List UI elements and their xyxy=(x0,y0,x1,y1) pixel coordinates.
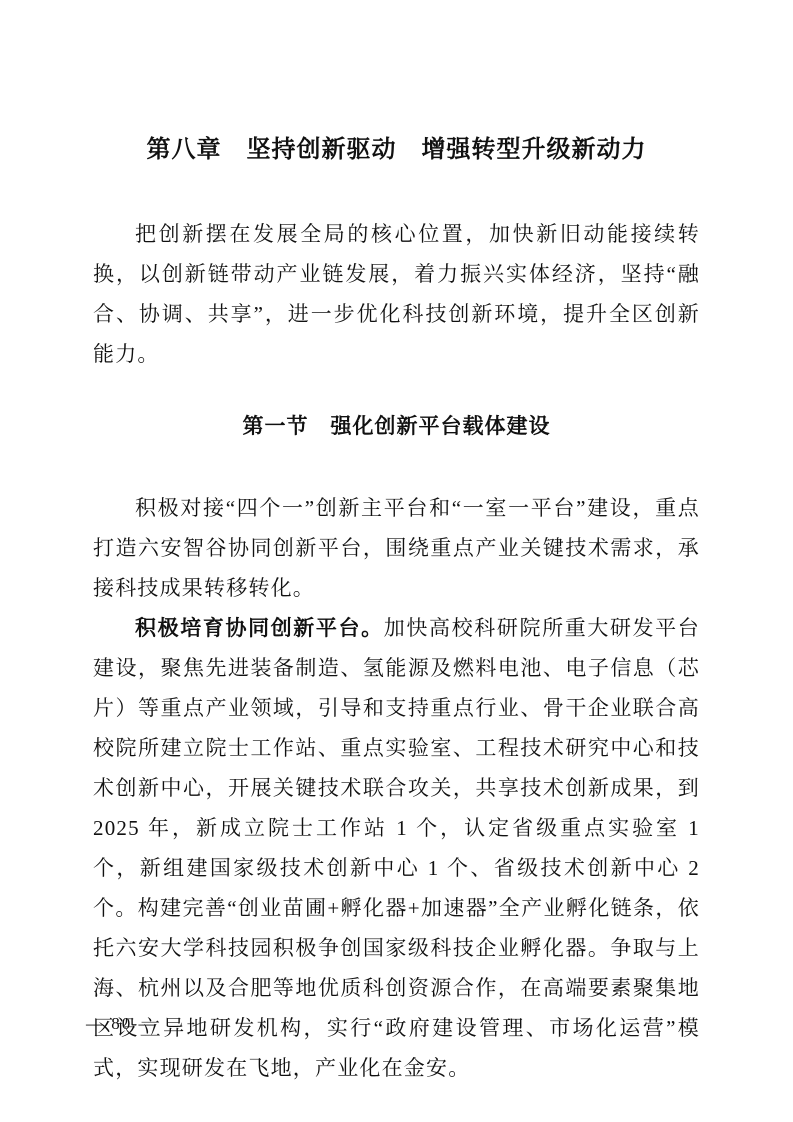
page-number: — 80 — xyxy=(86,1012,158,1036)
paragraph-platform-cultivation: 积极培育协同创新平台。加快高校科研院所重大研发平台建设，聚焦先进装备制造、氢能源… xyxy=(93,608,700,1088)
section-title: 第一节 强化创新平台载体建设 xyxy=(93,412,700,442)
paragraph-section-intro: 积极对接“四个一”创新主平台和“一室一平台”建设，重点打造六安智谷协同创新平台，… xyxy=(93,488,700,608)
paragraph-chapter-intro: 把创新摆在发展全局的核心位置，加快新旧动能接续转换，以创新链带动产业链发展，着力… xyxy=(93,214,700,374)
paragraph-platform-body: 加快高校科研院所重大研发平台建设，聚焦先进装备制造、氢能源及燃料电池、电子信息（… xyxy=(93,616,700,1080)
document-page: 第八章 坚持创新驱动 增强转型升级新动力 把创新摆在发展全局的核心位置，加快新旧… xyxy=(0,0,793,1122)
page-content: 第八章 坚持创新驱动 增强转型升级新动力 把创新摆在发展全局的核心位置，加快新旧… xyxy=(93,0,700,1088)
chapter-title: 第八章 坚持创新驱动 增强转型升级新动力 xyxy=(93,134,700,166)
bold-lead-phrase: 积极培育协同创新平台。 xyxy=(135,616,384,640)
